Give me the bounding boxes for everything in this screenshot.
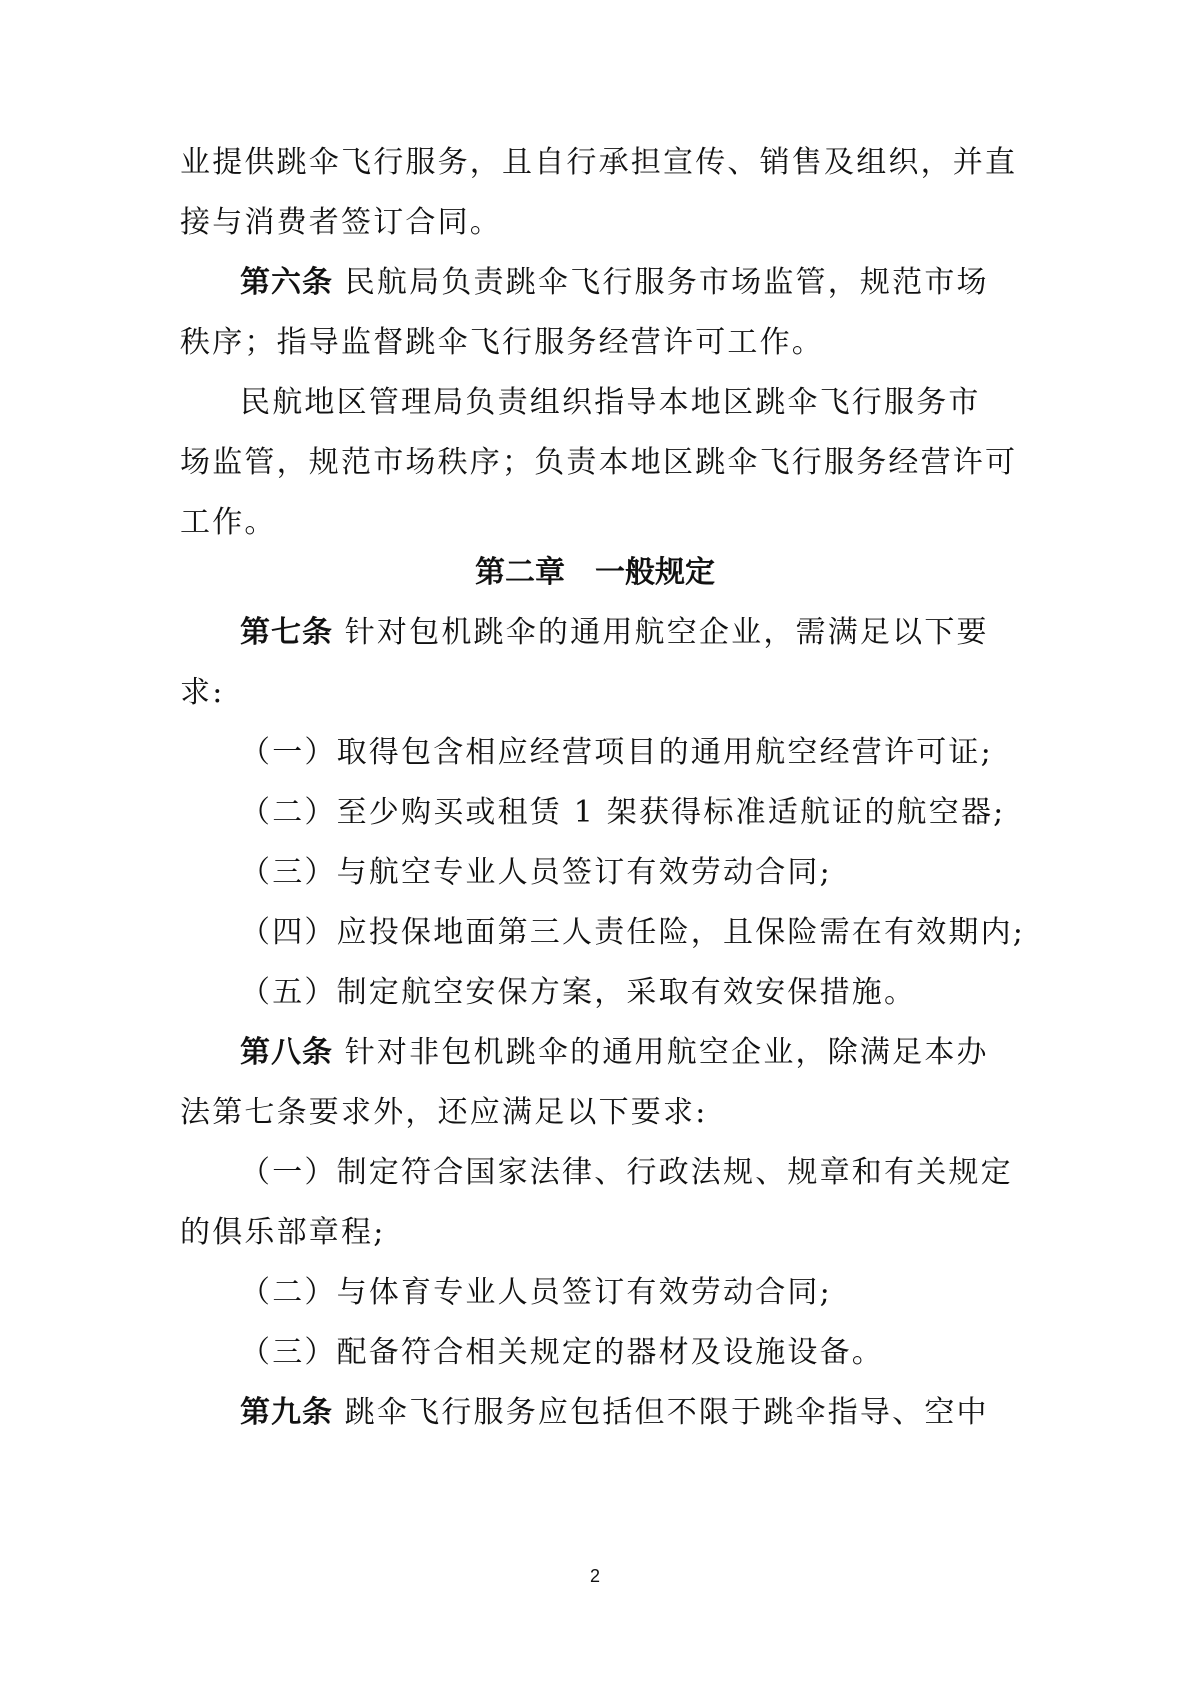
article-6-line: 第六条 民航局负责跳伞飞行服务市场监管，规范市场 — [240, 263, 1010, 303]
paragraph-line: 接与消费者签订合同。 — [180, 203, 1010, 243]
list-item: （四）应投保地面第三人责任险，且保险需在有效期内; — [240, 913, 1010, 953]
paragraph-line: 业提供跳伞飞行服务，且自行承担宣传、销售及组织，并直 — [180, 143, 1010, 183]
list-item: （二）至少购买或租赁 1 架获得标准适航证的航空器; — [240, 793, 1010, 833]
list-item: （一）制定符合国家法律、行政法规、规章和有关规定 — [240, 1153, 1010, 1193]
list-item: （二）与体育专业人员签订有效劳动合同; — [240, 1273, 1010, 1313]
article-7-line: 第七条 针对包机跳伞的通用航空企业，需满足以下要 — [240, 613, 1010, 653]
paragraph-line: 工作。 — [180, 503, 1010, 543]
paragraph-line: 场监管，规范市场秩序；负责本地区跳伞飞行服务经营许可 — [180, 443, 1010, 483]
paragraph-line: 秩序；指导监督跳伞飞行服务经营许可工作。 — [180, 323, 1010, 363]
list-item: （一）取得包含相应经营项目的通用航空经营许可证; — [240, 733, 1010, 773]
article-label: 第七条 — [240, 615, 333, 650]
paragraph-line: 的俱乐部章程; — [180, 1213, 1010, 1253]
article-label: 第六条 — [240, 265, 333, 300]
paragraph-line: 民航地区管理局负责组织指导本地区跳伞飞行服务市 — [240, 383, 1010, 423]
article-8-line: 第八条 针对非包机跳伞的通用航空企业，除满足本办 — [240, 1033, 1010, 1073]
chapter-heading: 第二章 一般规定 — [0, 553, 1190, 593]
page-number: 2 — [0, 1566, 1190, 1587]
list-item: （五）制定航空安保方案，采取有效安保措施。 — [240, 973, 1010, 1013]
document-page: 业提供跳伞飞行服务，且自行承担宣传、销售及组织，并直 接与消费者签订合同。 第六… — [0, 0, 1190, 1683]
article-label: 第八条 — [240, 1035, 333, 1070]
paragraph-line: 求: — [180, 673, 1010, 713]
paragraph-line: 法第七条要求外，还应满足以下要求: — [180, 1093, 1010, 1133]
list-item: （三）配备符合相关规定的器材及设施设备。 — [240, 1333, 1010, 1373]
article-9-line: 第九条 跳伞飞行服务应包括但不限于跳伞指导、空中 — [240, 1393, 1010, 1433]
list-item: （三）与航空专业人员签订有效劳动合同; — [240, 853, 1010, 893]
article-label: 第九条 — [240, 1395, 333, 1430]
